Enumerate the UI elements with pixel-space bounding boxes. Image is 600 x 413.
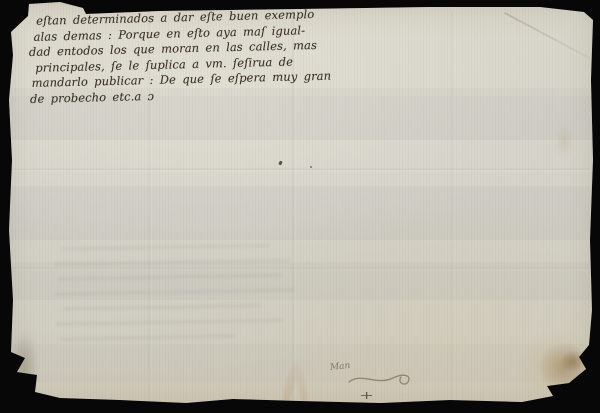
edge-stain (556, 124, 572, 158)
flourish-mark (347, 369, 419, 389)
photo-background: eſtan determinados a dar eſte buen exemp… (0, 0, 600, 413)
verso-show-through (54, 243, 306, 352)
vertical-fold-crease (451, 10, 455, 401)
handwritten-text-block: eſtan determinados a dar eſte buen exemp… (28, 7, 316, 107)
horizontal-fold-crease (12, 168, 590, 172)
ink-speck (310, 166, 312, 168)
corner-stain (560, 350, 586, 372)
manuscript-page: eſtan determinados a dar eſte buen exemp… (0, 0, 600, 413)
edge-smudge (10, 330, 38, 402)
cross-mark: + (359, 389, 374, 402)
